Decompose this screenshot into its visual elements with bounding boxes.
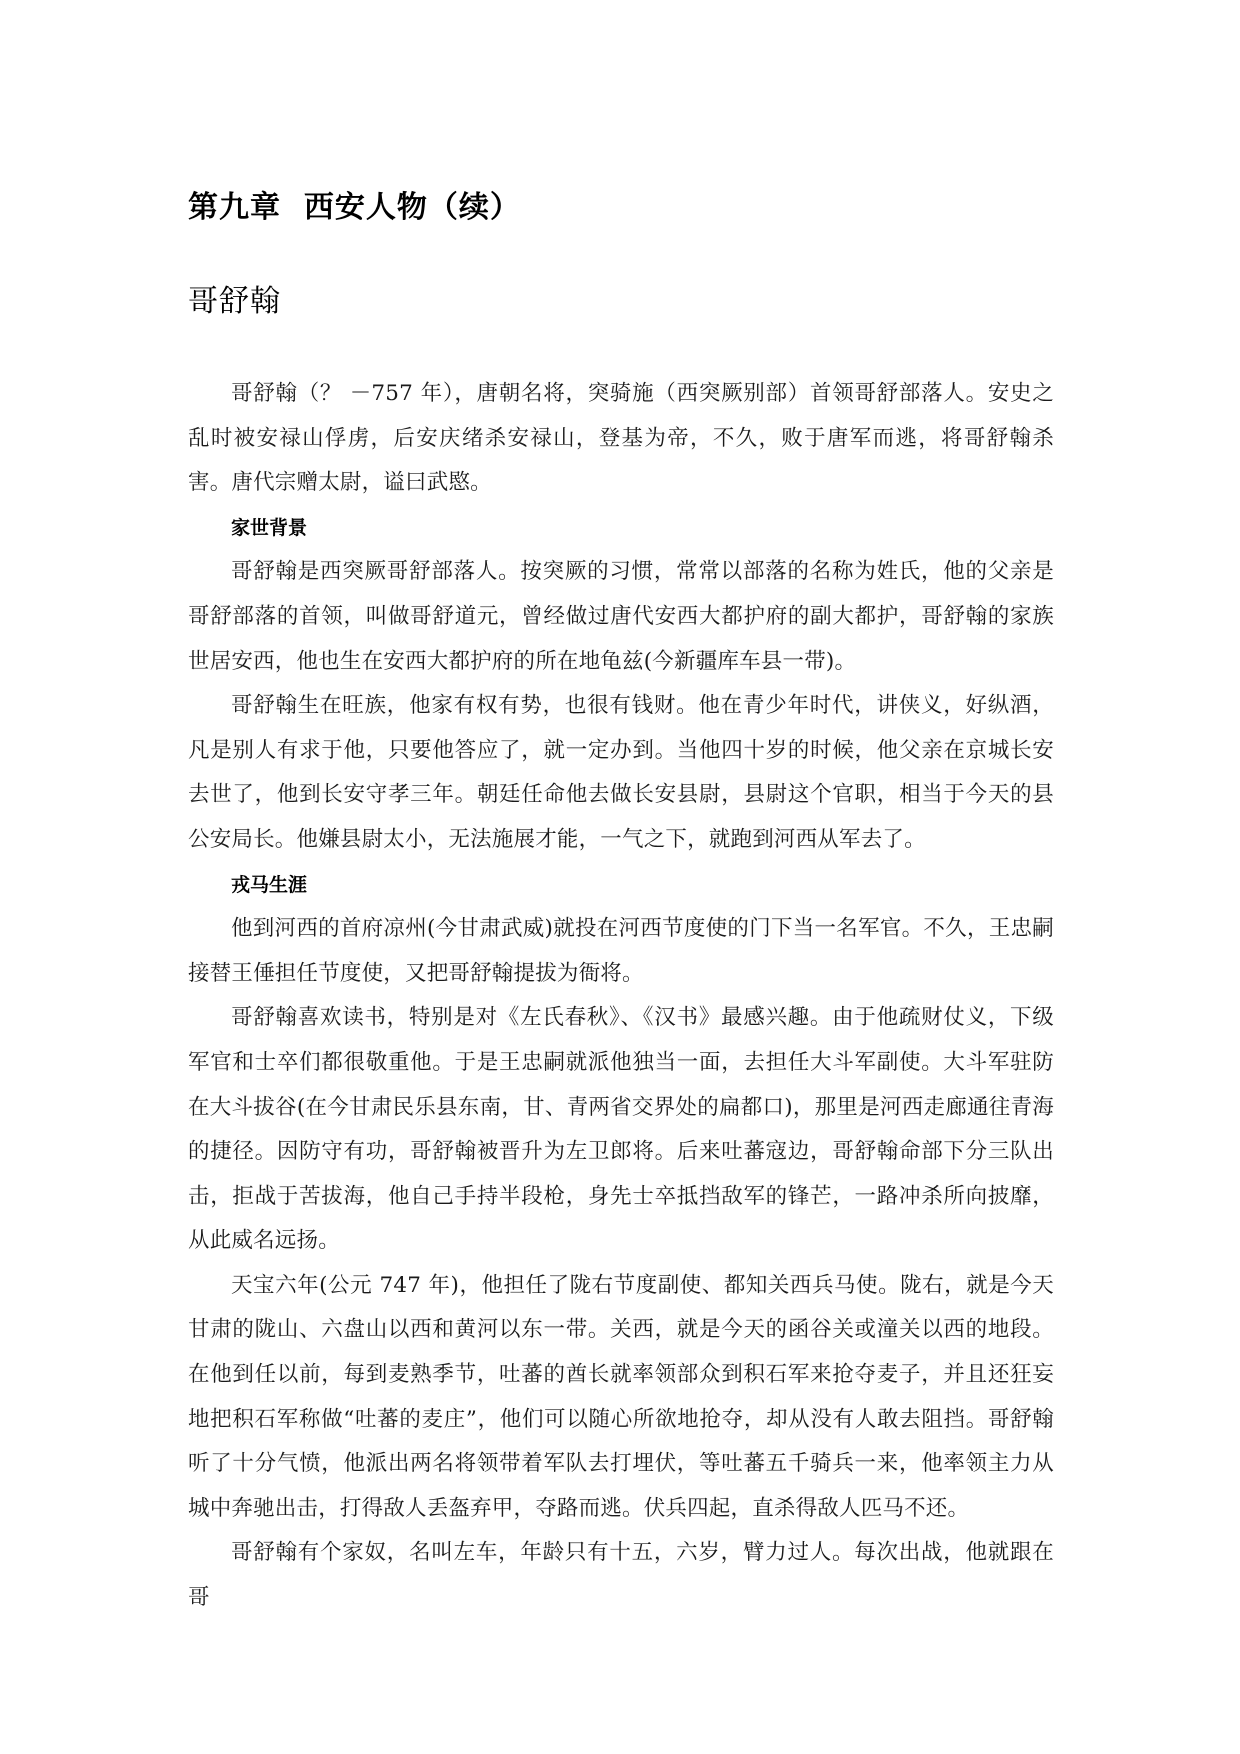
person-title: 哥舒翰 [188, 282, 281, 322]
paragraph: 哥舒翰是西突厥哥舒部落人。按突厥的习惯，常常以部落的名称为姓氏，他的父亲是哥舒部… [188, 550, 1054, 684]
document-body: 哥舒翰（？ －757 年），唐朝名将，突骑施（西突厥别部）首领哥舒部落人。安史之… [188, 372, 1054, 1621]
paragraph: 天宝六年(公元 747 年)，他担任了陇右节度副使、都知关西兵马使。陇右，就是今… [188, 1264, 1054, 1532]
chapter-title: 第九章 西安人物（续） [188, 188, 521, 228]
intro-paragraph: 哥舒翰（？ －757 年），唐朝名将，突骑施（西突厥别部）首领哥舒部落人。安史之… [188, 372, 1054, 506]
paragraph: 他到河西的首府凉州(今甘肃武威)就投在河西节度使的门下当一名军官。不久，王忠嗣接… [188, 907, 1054, 996]
paragraph: 哥舒翰喜欢读书，特别是对《左氏春秋》、《汉书》最感兴趣。由于他疏财仗义，下级军官… [188, 996, 1054, 1264]
section-heading-family-background: 家世背景 [188, 506, 1054, 551]
paragraph: 哥舒翰有个家奴，名叫左车，年龄只有十五，六岁，臂力过人。每次出战，他就跟在哥 [188, 1531, 1054, 1620]
paragraph: 哥舒翰生在旺族，他家有权有势，也很有钱财。他在青少年时代，讲侠义，好纵酒，凡是别… [188, 684, 1054, 862]
section-heading-military-career: 戎马生涯 [188, 863, 1054, 908]
